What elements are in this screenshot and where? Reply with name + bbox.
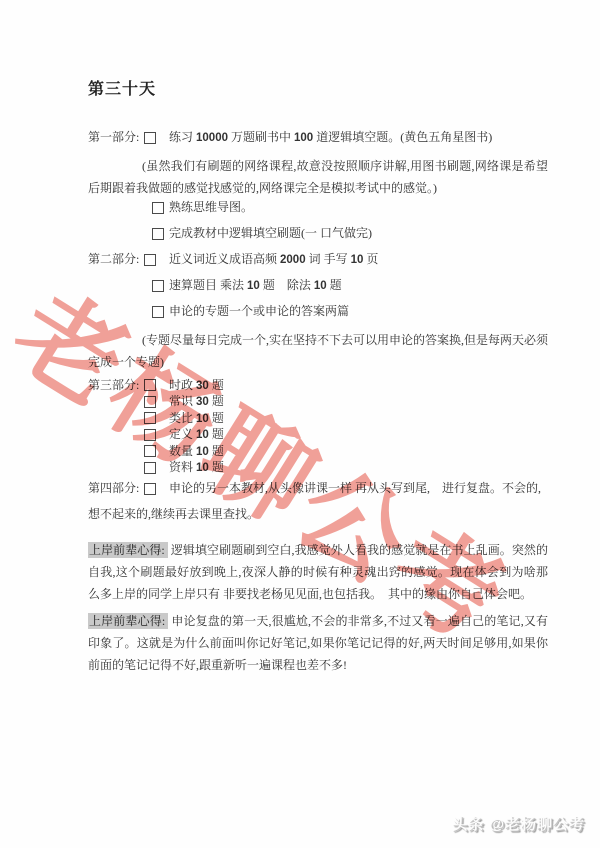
- checkbox-icon: [144, 429, 156, 441]
- checkbox-icon: [152, 280, 164, 292]
- task-text: 速算题目 乘法 10 题 除法 10 题: [169, 277, 342, 295]
- section-label: 第一部分:: [88, 129, 144, 146]
- section-label: 第三部分:: [88, 377, 144, 394]
- tip-label: 上岸前辈心得:: [88, 542, 168, 558]
- task-row: 定义 10 题: [88, 427, 548, 444]
- task-text: 熟练思维导图。: [169, 199, 253, 216]
- task-text: 申论的专题一个或申论的答案两篇: [169, 303, 349, 320]
- task-row: 第四部分:申论的另一本教材,从头像讲课一样 再从头写到尾, 进行复盘。不会的,: [88, 480, 548, 497]
- task-text: 常识 30 题: [169, 393, 224, 411]
- task-text: 练习 10000 万题刷书中 100 道逻辑填空题。(黄色五角星图书): [169, 129, 492, 147]
- task-row: 第一部分:练习 10000 万题刷书中 100 道逻辑填空题。(黄色五角星图书): [88, 129, 548, 146]
- task-row: 速算题目 乘法 10 题 除法 10 题: [88, 277, 548, 294]
- checkbox-icon: [144, 254, 156, 266]
- task-text: 数量 10 题: [169, 443, 224, 461]
- checkbox-icon: [144, 462, 156, 474]
- note-paragraph: (专题尽量每日完成一个,实在坚持不下去可以用申论的答案换,但是每两天必须完成一个…: [88, 329, 548, 373]
- note-paragraph: (虽然我们有刷题的网络课程,故意没按照顺序讲解,用图书刷题,网络课是希望后期跟着…: [88, 155, 548, 199]
- task-row: 完成教材中逻辑填空刷题(一 口气做完): [88, 225, 548, 242]
- task-row: 申论的专题一个或申论的答案两篇: [88, 303, 548, 320]
- page-title: 第三十天: [88, 76, 548, 99]
- section-label: 第四部分:: [88, 480, 144, 497]
- continuation-paragraph: 想不起来的,继续再去课里查找。: [88, 506, 548, 523]
- checkbox-icon: [152, 306, 164, 318]
- checkbox-icon: [144, 132, 156, 144]
- checkbox-icon: [144, 379, 156, 391]
- tip-label: 上岸前辈心得:: [88, 613, 168, 629]
- tip-paragraph: 上岸前辈心得: 申论复盘的第一天,很尴尬,不会的非常多,不过又看一遍自己的笔记,…: [88, 610, 548, 676]
- task-text: 资料 10 题: [169, 459, 224, 477]
- checkbox-icon: [144, 445, 156, 457]
- task-row: 资料 10 题: [88, 460, 548, 477]
- task-row: 数量 10 题: [88, 443, 548, 460]
- task-row: 常识 30 题: [88, 394, 548, 411]
- task-text: 时政 30 题: [169, 377, 224, 395]
- footer-watermark: 头条 @老杨聊公考: [452, 813, 585, 834]
- task-row: 熟练思维导图。: [88, 199, 548, 216]
- checkbox-icon: [152, 202, 164, 214]
- task-row: 类比 10 题: [88, 410, 548, 427]
- task-text: 近义词近义成语高频 2000 词 手写 10 页: [169, 251, 378, 269]
- plan-sections: 第一部分:练习 10000 万题刷书中 100 道逻辑填空题。(黄色五角星图书)…: [88, 129, 548, 523]
- checkbox-icon: [144, 483, 156, 495]
- tip-paragraph: 上岸前辈心得: 逻辑填空刷题刷到空白,我感觉外人看我的感觉就是在书上乱画。突然的…: [88, 539, 548, 605]
- checkbox-icon: [144, 396, 156, 408]
- document-page: 第三十天 第一部分:练习 10000 万题刷书中 100 道逻辑填空题。(黄色五…: [0, 0, 600, 848]
- task-row: 第三部分:时政 30 题: [88, 377, 548, 394]
- checkbox-icon: [152, 228, 164, 240]
- task-text: 类比 10 题: [169, 410, 224, 428]
- task-text: 定义 10 题: [169, 426, 224, 444]
- checkbox-icon: [144, 412, 156, 424]
- task-text: 完成教材中逻辑填空刷题(一 口气做完): [169, 225, 372, 242]
- task-text: 申论的另一本教材,从头像讲课一样 再从头写到尾, 进行复盘。不会的,: [169, 480, 541, 497]
- task-row: 第二部分:近义词近义成语高频 2000 词 手写 10 页: [88, 251, 548, 268]
- section-label: 第二部分:: [88, 251, 144, 268]
- tips-area: 上岸前辈心得: 逻辑填空刷题刷到空白,我感觉外人看我的感觉就是在书上乱画。突然的…: [88, 539, 548, 676]
